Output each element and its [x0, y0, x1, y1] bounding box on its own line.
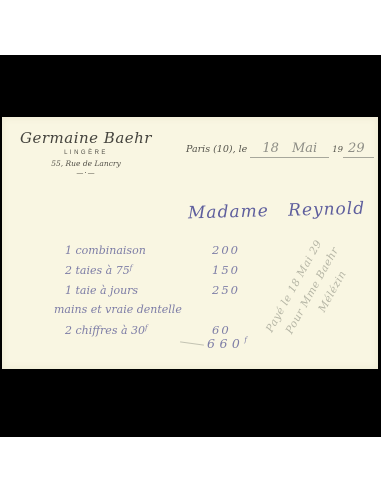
- invoice-line-description: 1 taie à jours: [65, 284, 212, 297]
- recipient-name: Madame Reynold: [188, 199, 366, 224]
- invoice-total-currency-sup: f: [244, 336, 251, 344]
- letterhead-name: Germaine Baehr: [16, 129, 156, 147]
- dateline: Paris (10), le 18 Mai 19 29: [186, 141, 374, 158]
- dateline-place: Paris (10), le: [186, 144, 247, 155]
- invoice-line: mains et vraie dentelle: [52, 303, 258, 323]
- letterhead-profession: LINGÈRE: [16, 150, 156, 156]
- dateline-year-handwritten: 29: [343, 141, 374, 158]
- invoice-items: 1 combinaison2002 taies à 75f1501 taie à…: [52, 243, 258, 343]
- invoice-line: 1 taie à jours250: [52, 283, 258, 303]
- dateline-day-month-handwritten: 18 Mai: [250, 141, 329, 158]
- invoice-total: 660f: [207, 336, 244, 351]
- letterhead: Germaine Baehr LINGÈRE 55, Rue de Lancry…: [16, 129, 156, 191]
- photo-background: Germaine Baehr LINGÈRE 55, Rue de Lancry…: [0, 0, 381, 492]
- letterhead-address: 55, Rue de Lancry: [16, 159, 156, 168]
- invoice-line: 2 taies à 75f150: [52, 263, 258, 283]
- dateline-printed-century: 19: [332, 145, 343, 155]
- invoice-line-description: 2 taies à 75f: [65, 264, 212, 277]
- invoice-line-amount: 60: [212, 323, 258, 337]
- paid-annotation: Payé le 18 Mai 29 Pour Mme Baehr Mélézin: [252, 221, 367, 370]
- letterhead-ornament-divider: —·—: [16, 169, 156, 177]
- invoice-line-amount: 200: [212, 243, 258, 257]
- invoice-line: 1 combinaison200: [52, 243, 258, 263]
- invoice-line-description: mains et vraie dentelle: [54, 303, 212, 316]
- invoice-document: Germaine Baehr LINGÈRE 55, Rue de Lancry…: [2, 117, 378, 369]
- invoice-line-unit-sup: f: [145, 324, 148, 332]
- invoice-line-description: 2 chiffres à 30f: [65, 324, 212, 337]
- invoice-line-unit-sup: f: [130, 264, 133, 272]
- invoice-total-value: 660: [207, 336, 244, 351]
- invoice-line-description: 1 combinaison: [65, 244, 212, 257]
- invoice-line-amount: 150: [212, 263, 258, 277]
- invoice-line-amount: 250: [212, 283, 258, 297]
